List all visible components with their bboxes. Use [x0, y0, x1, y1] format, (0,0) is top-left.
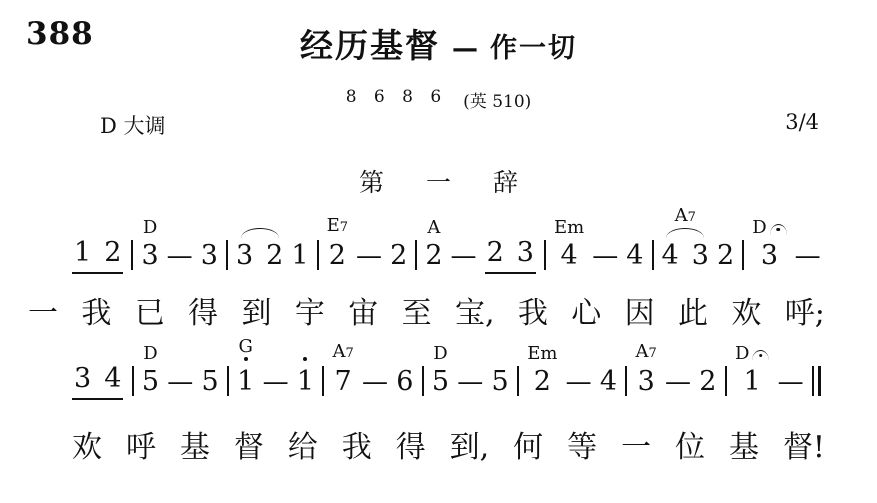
- note: Em4: [554, 206, 584, 274]
- note-digit: 2: [104, 238, 121, 268]
- note-digits: 3: [761, 238, 778, 274]
- barline: [625, 366, 627, 396]
- chord-row: Em: [554, 218, 584, 238]
- meter-row: 8 6 8 6 (英 510): [0, 87, 877, 112]
- lyric-char: 欢: [731, 288, 761, 332]
- note-digits: 2: [699, 364, 716, 400]
- lyric-char: 督: [234, 422, 264, 466]
- chord-row: A: [427, 218, 440, 238]
- note-digits: 2: [717, 238, 734, 274]
- note: 2: [390, 206, 407, 274]
- chord-row: D: [735, 344, 769, 364]
- lyric-char: 等: [567, 422, 597, 466]
- note-digits: 32: [236, 238, 283, 274]
- note-decorations: G: [239, 332, 253, 364]
- note-digits: 2: [390, 238, 407, 274]
- note: D5: [142, 332, 159, 400]
- note-digits: 12: [72, 238, 123, 274]
- sustain-dash: —: [592, 238, 618, 274]
- note: 4: [626, 206, 643, 274]
- note-digits: 2: [425, 238, 442, 274]
- note-decorations: D: [433, 332, 447, 364]
- lyric-char: 得: [396, 422, 426, 466]
- chord-row: Em: [527, 344, 557, 364]
- chord-row: D: [433, 344, 447, 364]
- note-digits: 3: [638, 364, 655, 400]
- barline: [544, 240, 546, 270]
- lyric-char: 我: [342, 422, 372, 466]
- title-dash: —: [452, 34, 478, 64]
- note-decorations: A7: [636, 332, 657, 364]
- hymn-page: 388 经历基督 — 作一切 8 6 8 6 (英 510) D 大调 3/4 …: [0, 0, 877, 503]
- lyric-char: 此: [678, 288, 708, 332]
- note: 1: [291, 206, 308, 274]
- lyric-char: 位: [675, 422, 705, 466]
- barline: [132, 366, 134, 396]
- barline: [322, 366, 324, 396]
- note-digits: 1: [297, 364, 314, 400]
- note: 6: [396, 332, 413, 400]
- chord-label: D: [752, 218, 766, 238]
- note-digits: 1: [237, 364, 254, 400]
- chord-row: A7: [636, 342, 657, 364]
- score-line-2: 34D5—5G1—1A77—6D5—5Em2—4A73—2D1—: [72, 332, 821, 400]
- chord-row: D: [143, 218, 157, 238]
- sustain-dash: —: [665, 364, 691, 400]
- final-barline: [812, 366, 821, 396]
- note-digits: 5: [142, 364, 159, 400]
- barline: [652, 240, 654, 270]
- time-signature: 3/4: [785, 110, 819, 140]
- note-digit: 3: [517, 238, 534, 268]
- score-line-1: 12D3—3321E72—2A2—23Em4—4A7432D3—: [72, 206, 821, 274]
- lyric-char: 给: [288, 422, 318, 466]
- slurred-notes: A743: [662, 206, 709, 274]
- note-digits: 7: [335, 364, 352, 400]
- sustain-dash: —: [795, 238, 821, 274]
- note: 4: [600, 332, 617, 400]
- verse-heading-char: 第: [359, 163, 384, 199]
- note-digit: 4: [662, 238, 679, 274]
- chord-label: D: [143, 344, 157, 364]
- note: G1: [237, 332, 254, 400]
- octave-dot-icon: [303, 357, 307, 361]
- barline: [517, 366, 519, 396]
- note-digit: 4: [104, 364, 121, 394]
- lyric-char: 呼: [126, 422, 156, 466]
- note-digits: 4: [600, 364, 617, 400]
- chord-label: A7: [675, 206, 696, 228]
- lyric-char: 我: [518, 288, 548, 332]
- fermata-icon: [752, 350, 769, 361]
- lyric-char: 基: [180, 422, 210, 466]
- note: Em2: [527, 332, 557, 400]
- chord-label: E7: [327, 216, 348, 238]
- lyric-char: 一: [28, 288, 58, 332]
- note-digit: 3: [74, 364, 91, 394]
- page-title: 经历基督 — 作一切: [0, 20, 877, 67]
- lyrics-line-2: 欢呼基督给我得到,何等一位基督!: [72, 422, 825, 466]
- note: 2: [699, 332, 716, 400]
- note-decorations: D: [752, 206, 786, 238]
- note: 2: [717, 206, 734, 274]
- note-digit: 3: [692, 238, 709, 274]
- note: 5: [202, 332, 219, 400]
- note-decorations: A: [427, 206, 440, 238]
- meter-text: 8 6 8 6: [346, 87, 447, 112]
- note: 1: [297, 332, 314, 400]
- chord-label: A7: [332, 342, 353, 364]
- chord-label: D: [735, 344, 749, 364]
- note-digits: 4: [626, 238, 643, 274]
- sustain-dash: —: [451, 238, 477, 274]
- title-suffix: 作一切: [490, 26, 577, 65]
- chord-label: D: [433, 344, 447, 364]
- chord-row: D: [143, 344, 157, 364]
- sustain-dash: —: [566, 364, 592, 400]
- note-decorations: Em: [527, 332, 557, 364]
- note-decorations: [241, 206, 279, 238]
- lyric-char: 欢: [72, 422, 102, 466]
- note-decorations: Em: [554, 206, 584, 238]
- note: 3: [201, 206, 218, 274]
- chord-row: D: [752, 218, 786, 238]
- chord-row: G: [239, 337, 253, 357]
- note: D3: [141, 206, 158, 274]
- lyric-char: 宇: [295, 288, 325, 332]
- note-digits: 43: [662, 238, 709, 274]
- note: 5: [492, 332, 509, 400]
- chord-label: G: [239, 337, 253, 357]
- beamed-notes: 12: [72, 206, 123, 274]
- lyric-char: 一: [621, 422, 651, 466]
- key-signature: D 大调: [100, 110, 166, 140]
- lyric-char: 我: [81, 288, 111, 332]
- note-digit: 2: [487, 238, 504, 268]
- title-main: 经历基督: [300, 20, 440, 67]
- note-digit: 1: [74, 238, 91, 268]
- chord-label: A: [427, 218, 440, 238]
- sustain-dash: —: [167, 364, 193, 400]
- verse-heading: 第一辞: [0, 163, 877, 199]
- lyric-char: 宙: [348, 288, 378, 332]
- lyric-char: 至: [402, 288, 432, 332]
- barline: [131, 240, 133, 270]
- barline: [226, 240, 228, 270]
- chord-label: Em: [554, 218, 584, 238]
- sustain-dash: —: [362, 364, 388, 400]
- barline: [422, 366, 424, 396]
- sustain-dash: —: [457, 364, 483, 400]
- note-digits: 5: [202, 364, 219, 400]
- chord-row: A7: [675, 206, 696, 228]
- note-digits: 1: [291, 238, 308, 274]
- lyric-char: 呼;: [785, 288, 825, 332]
- lyric-char: 已: [135, 288, 165, 332]
- note-digits: 3: [201, 238, 218, 274]
- slur-arc: [666, 228, 704, 238]
- lyric-char: 到: [242, 288, 272, 332]
- slur-arc: [241, 228, 279, 238]
- note: A73: [636, 332, 657, 400]
- note-digits: 23: [485, 238, 536, 274]
- note: A77: [332, 332, 353, 400]
- octave-dot-icon: [244, 357, 248, 361]
- chord-label: D: [143, 218, 157, 238]
- note-digits: 2: [534, 364, 551, 400]
- barline: [725, 366, 727, 396]
- note-digits: 2: [329, 238, 346, 274]
- note-digits: 5: [492, 364, 509, 400]
- barline: [227, 366, 229, 396]
- sustain-dash: —: [167, 238, 193, 274]
- note-digits: 34: [72, 364, 123, 400]
- slurred-notes: 32: [236, 206, 283, 274]
- chord-label: Em: [527, 344, 557, 364]
- note: E72: [327, 206, 348, 274]
- key-row: D 大调 3/4: [100, 110, 819, 140]
- note-digits: 4: [561, 238, 578, 274]
- barline: [317, 240, 319, 270]
- note: D3: [752, 206, 786, 274]
- note-decorations: D: [143, 332, 157, 364]
- lyric-char: 督!: [783, 422, 825, 466]
- barline: [415, 240, 417, 270]
- barline: [742, 240, 744, 270]
- note-decorations: D: [735, 332, 769, 364]
- lyrics-line-1: 一我已得到宇宙至宝,我心因此欢呼;: [28, 288, 825, 332]
- note-decorations: A7: [666, 206, 704, 238]
- reference-text: (英 510): [463, 87, 531, 112]
- note-digit: 3: [236, 238, 253, 274]
- lyric-char: 何: [513, 422, 543, 466]
- verse-heading-char: 辞: [493, 163, 518, 199]
- lyric-char: 因: [625, 288, 655, 332]
- note: D1: [735, 332, 769, 400]
- note-decorations: D: [143, 206, 157, 238]
- verse-heading-char: 一: [426, 163, 451, 199]
- note-digits: 5: [432, 364, 449, 400]
- chord-label: A7: [636, 342, 657, 364]
- note-digit: 2: [266, 238, 283, 274]
- lyric-char: 得: [188, 288, 218, 332]
- note: A2: [425, 206, 442, 274]
- note-digits: 6: [396, 364, 413, 400]
- chord-row: A7: [332, 342, 353, 364]
- sustain-dash: —: [778, 364, 804, 400]
- chord-row: E7: [327, 216, 348, 238]
- sustain-dash: —: [356, 238, 382, 274]
- beamed-notes: 23: [485, 206, 536, 274]
- beamed-notes: 34: [72, 332, 123, 400]
- lyric-char: 到,: [450, 422, 490, 466]
- lyric-char: 基: [729, 422, 759, 466]
- note-decorations: E7: [327, 206, 348, 238]
- note-decorations: A7: [332, 332, 353, 364]
- note-digits: 3: [141, 238, 158, 274]
- lyric-char: 宝,: [455, 288, 495, 332]
- note-decorations: [303, 332, 307, 364]
- fermata-icon: [770, 224, 787, 235]
- note-digits: 1: [744, 364, 761, 400]
- note: D5: [432, 332, 449, 400]
- sustain-dash: —: [263, 364, 289, 400]
- lyric-char: 心: [571, 288, 601, 332]
